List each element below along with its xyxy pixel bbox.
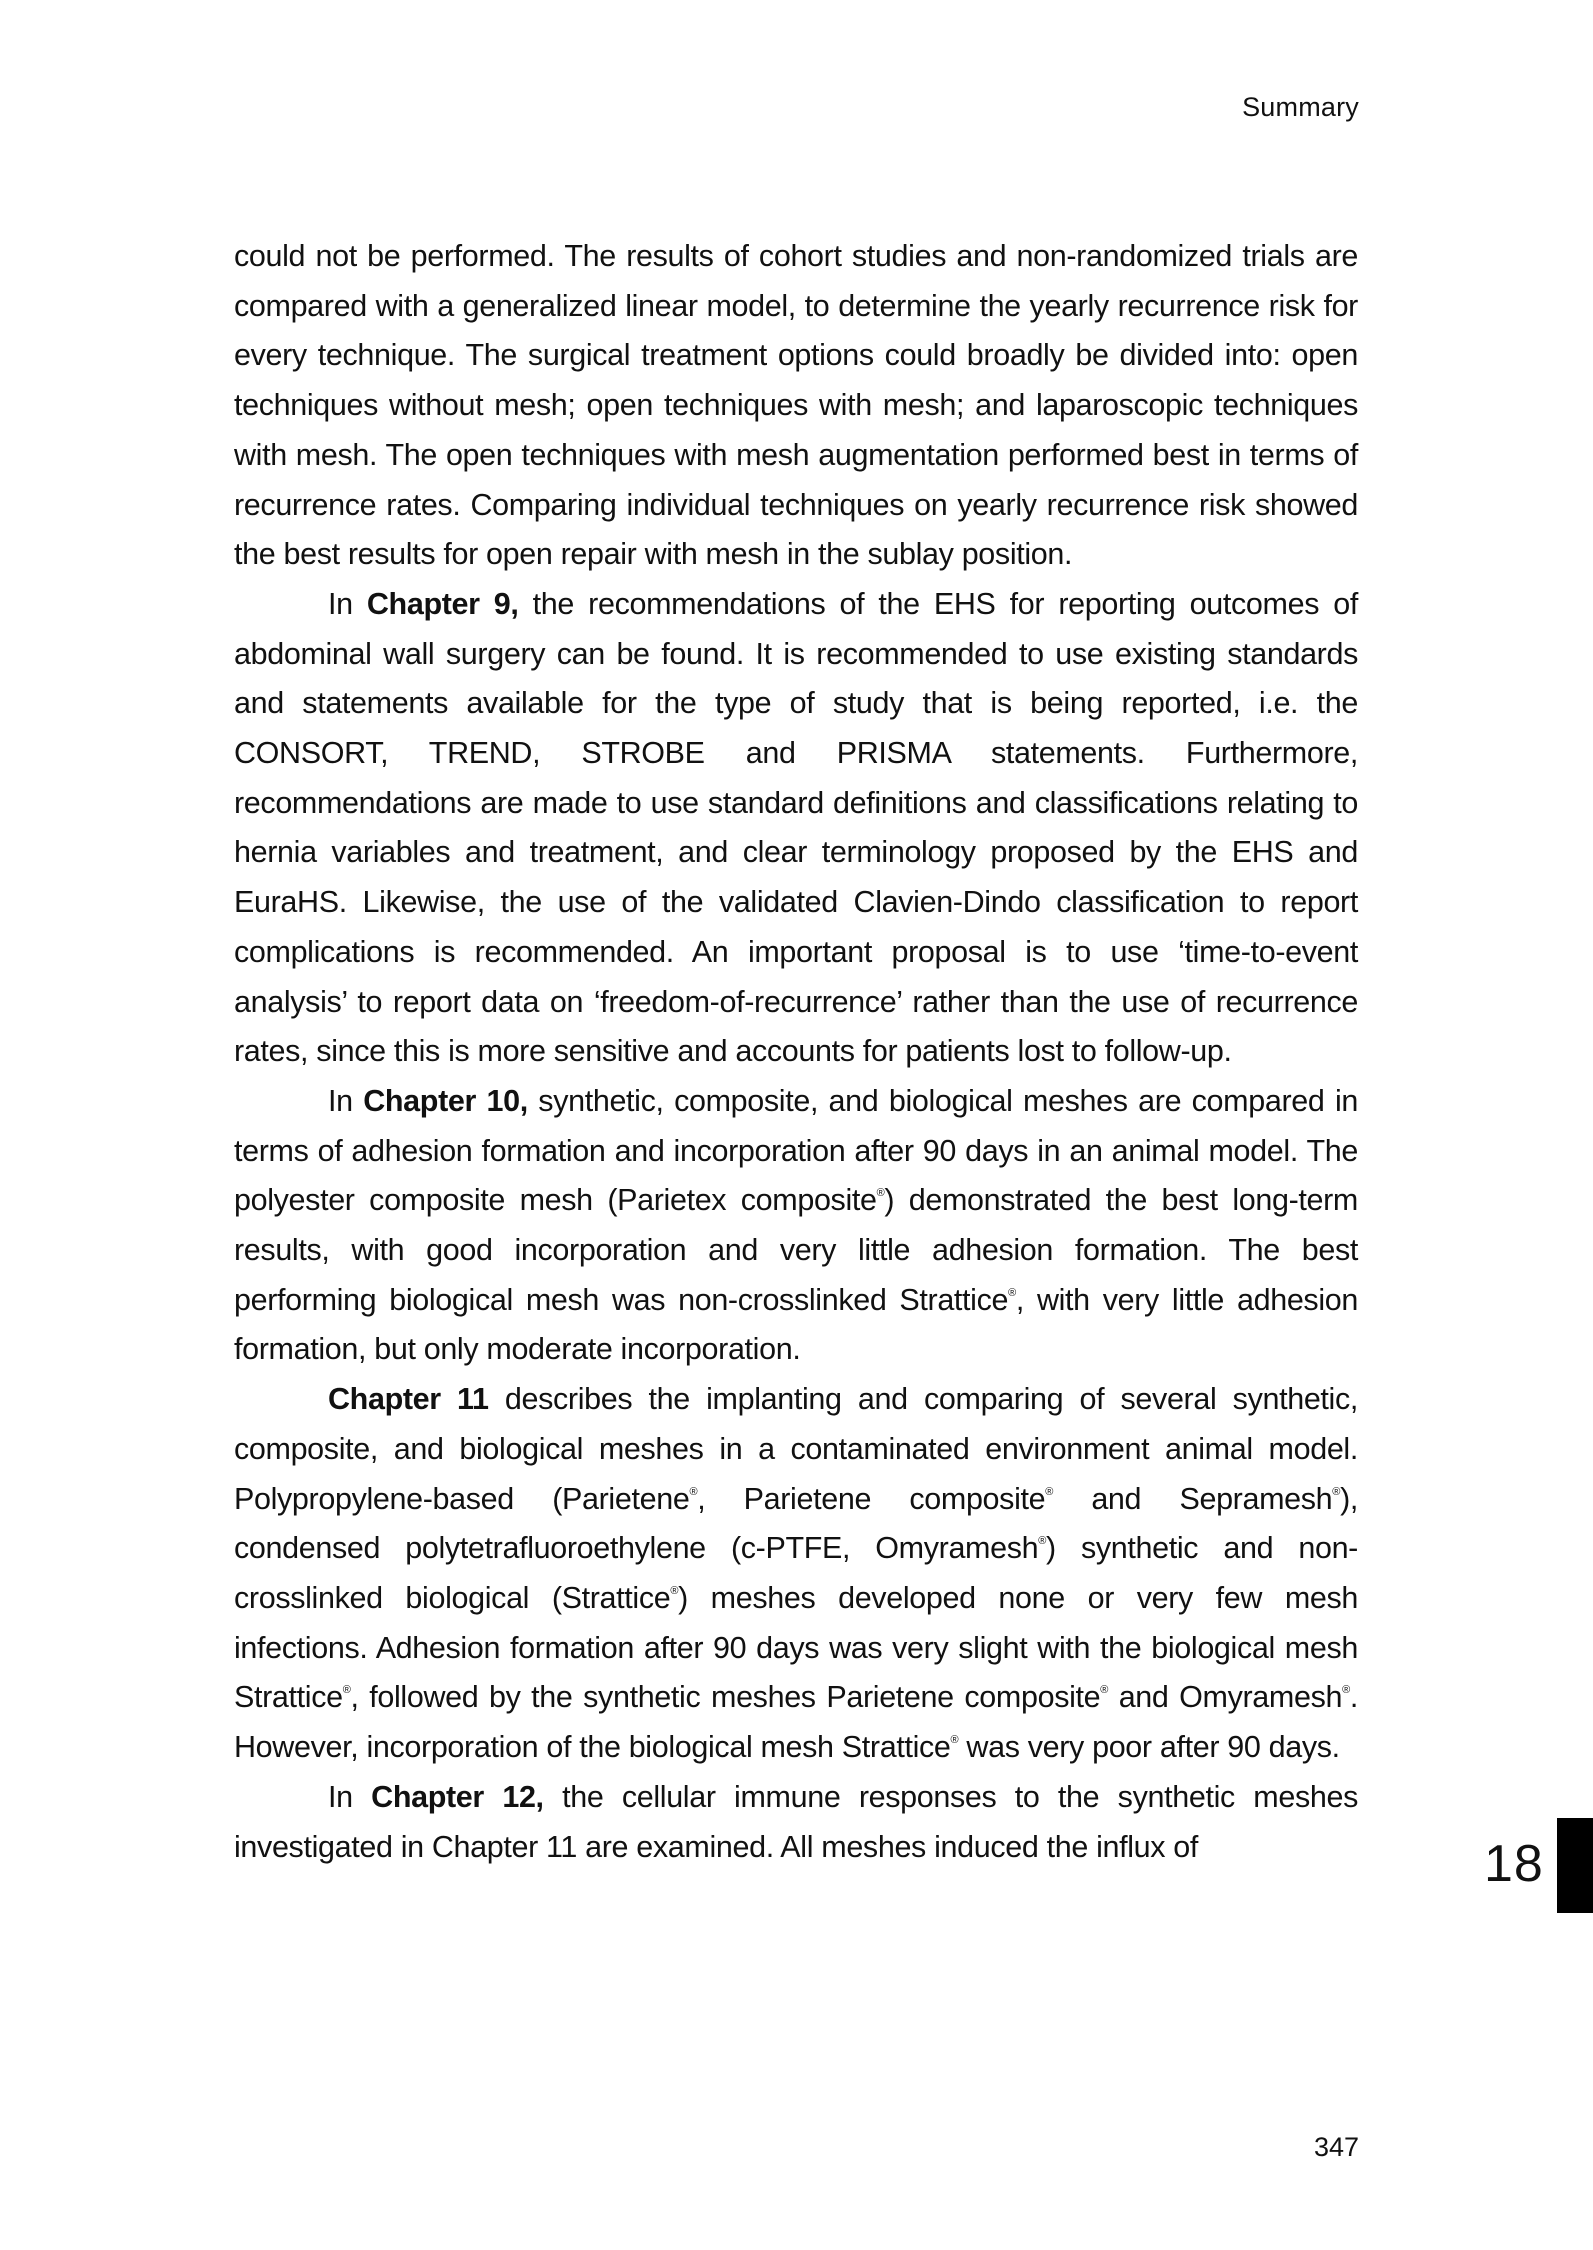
registered-trademark-mark: ® (1332, 1486, 1340, 1498)
text-run: In (328, 1084, 363, 1118)
text-run: , followed by the synthetic meshes Parie… (351, 1680, 1101, 1714)
paragraph: In Chapter 9, the recommendations of the… (234, 580, 1358, 1077)
paragraph: Chapter 11 describes the implanting and … (234, 1375, 1358, 1773)
text-run: was very poor after 90 days. (958, 1730, 1339, 1764)
text-run: , Parietene composite (697, 1482, 1045, 1516)
registered-trademark-mark: ® (1100, 1684, 1108, 1696)
text-run: and Omyramesh (1108, 1680, 1342, 1714)
paragraph: could not be performed. The results of c… (234, 232, 1358, 580)
registered-trademark-mark: ® (1342, 1684, 1350, 1696)
chapter-thumb-tab (1557, 1818, 1593, 1913)
chapter-reference: Chapter 9, (367, 587, 519, 621)
text-run: could not be performed. The results of c… (234, 239, 1358, 571)
registered-trademark-mark: ® (1038, 1535, 1046, 1547)
chapter-thumb-index-number: 18 (1484, 1838, 1544, 1890)
running-header-title: Summary (1242, 92, 1359, 123)
text-run: and Sepramesh (1053, 1482, 1332, 1516)
paragraph: In Chapter 12, the cellular immune respo… (234, 1773, 1358, 1872)
registered-trademark-mark: ® (670, 1585, 678, 1597)
text-run: In (328, 587, 367, 621)
registered-trademark-mark: ® (1045, 1486, 1053, 1498)
page-number: 347 (1314, 2132, 1359, 2163)
paragraph: In Chapter 10, synthetic, composite, and… (234, 1077, 1358, 1375)
text-run: In (328, 1780, 371, 1814)
registered-trademark-mark: ® (1008, 1287, 1016, 1299)
body-text: could not be performed. The results of c… (234, 232, 1358, 1872)
text-run: the recommendations of the EHS for repor… (234, 587, 1358, 1068)
registered-trademark-mark: ® (343, 1684, 351, 1696)
chapter-reference: Chapter 12, (371, 1780, 544, 1814)
chapter-reference: Chapter 11 (328, 1382, 489, 1416)
chapter-reference: Chapter 10, (363, 1084, 528, 1118)
